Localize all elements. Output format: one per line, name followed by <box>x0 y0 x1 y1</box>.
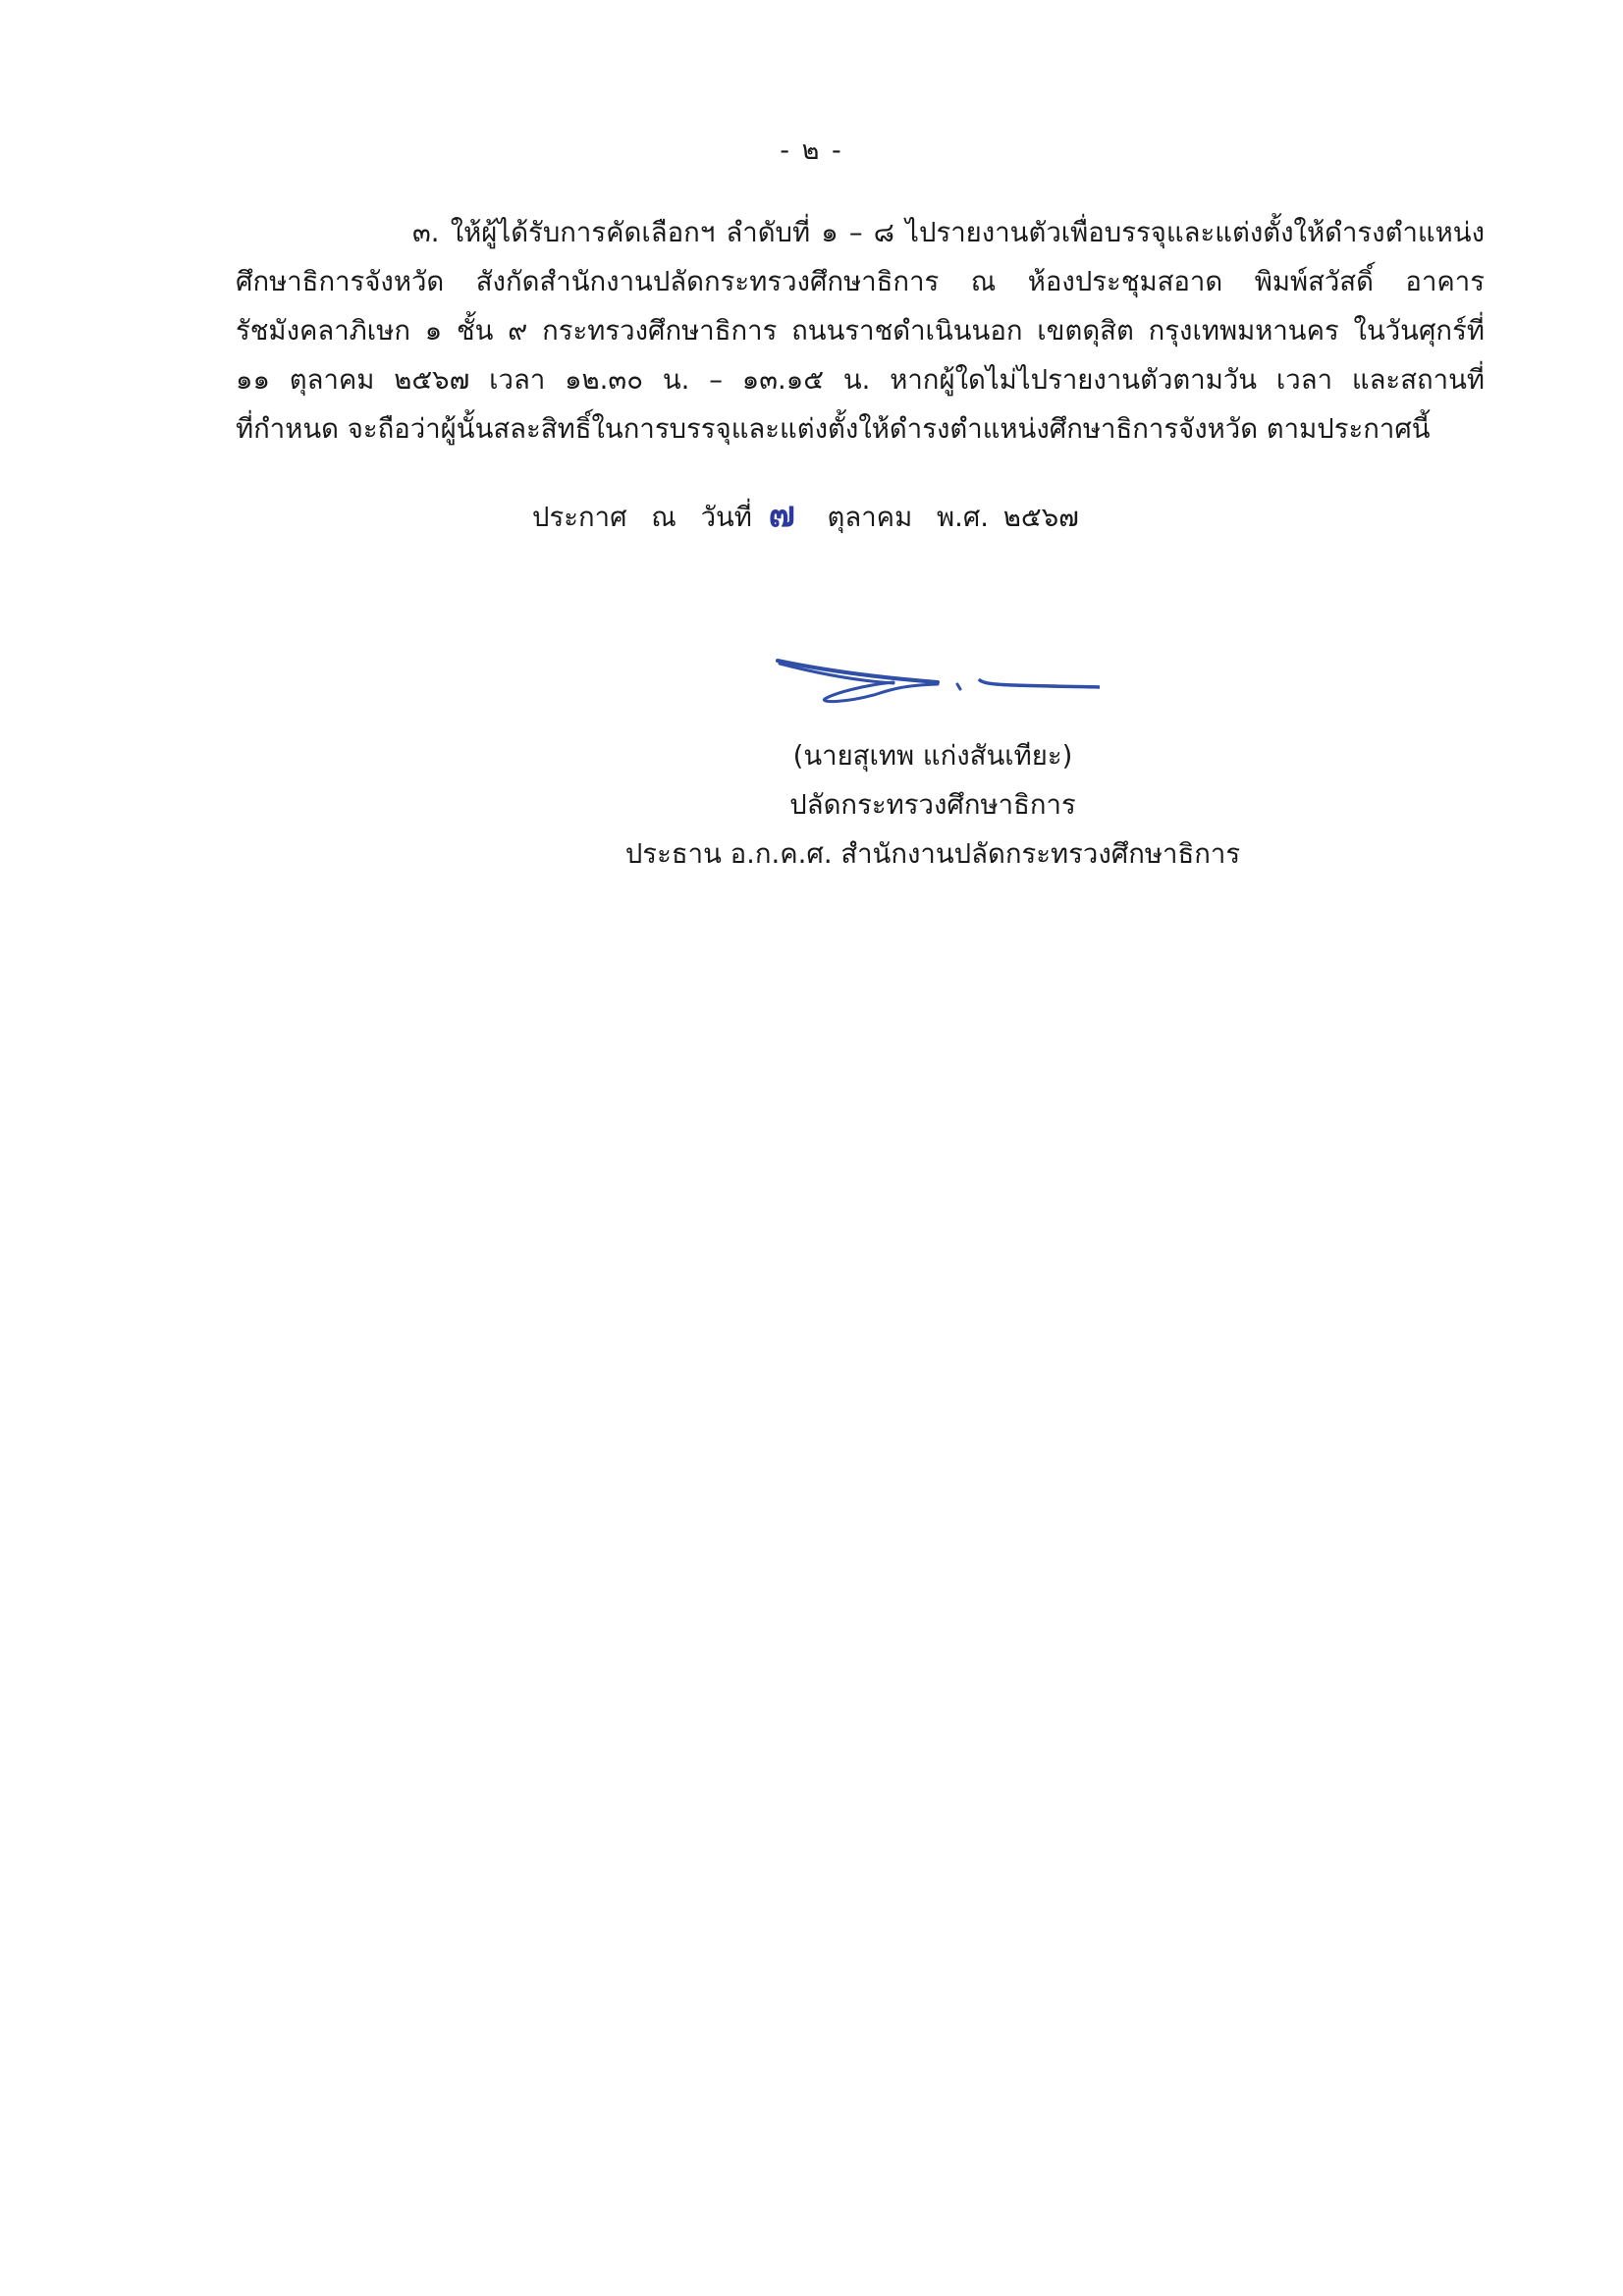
signature-icon <box>766 636 1100 705</box>
page-number: - ๒ - <box>0 129 1623 171</box>
announcement-at: ณ <box>651 502 676 533</box>
paragraph-line: ๓. ให้ผู้ได้รับการคัดเลือกฯ ลำดับที่ ๑ –… <box>236 208 1485 257</box>
signer-position: ปลัดกระทรวงศึกษาธิการ <box>609 780 1257 829</box>
announcement-day-label: วันที่ <box>701 502 752 533</box>
paragraph-line: ศึกษาธิการจังหวัด สังกัดสำนักงานปลัดกระท… <box>236 257 1485 306</box>
handwritten-signature <box>766 636 1100 709</box>
paragraph-line: รัชมังคลาภิเษก ๑ ชั้น ๙ กระทรวงศึกษาธิกา… <box>236 306 1485 355</box>
announcement-date: ประกาศ ณ วันที่ ๗ ตุลาคม พ.ศ. ๒๕๖๗ <box>532 486 1095 542</box>
announcement-era: พ.ศ. <box>937 502 989 533</box>
signer-role: ประธาน อ.ก.ค.ศ. สำนักงานปลัดกระทรวงศึกษา… <box>609 829 1257 879</box>
announcement-month: ตุลาคม <box>828 502 913 533</box>
announcement-year: ๒๕๖๗ <box>1003 502 1079 533</box>
announcement-prefix: ประกาศ <box>532 502 627 533</box>
paragraph-line: ที่กำหนด จะถือว่าผู้นั้นสละสิทธิ์ในการบร… <box>236 404 1485 454</box>
body-paragraph: ๓. ให้ผู้ได้รับการคัดเลือกฯ ลำดับที่ ๑ –… <box>236 208 1485 454</box>
signer-name: (นายสุเทพ แก่งสันเทียะ) <box>609 731 1257 780</box>
handwritten-day: ๗ <box>769 495 795 535</box>
signer-block: (นายสุเทพ แก่งสันเทียะ) ปลัดกระทรวงศึกษา… <box>609 731 1257 879</box>
paragraph-line: ๑๑ ตุลาคม ๒๕๖๗ เวลา ๑๒.๓๐ น. – ๑๓.๑๕ น. … <box>236 355 1485 404</box>
